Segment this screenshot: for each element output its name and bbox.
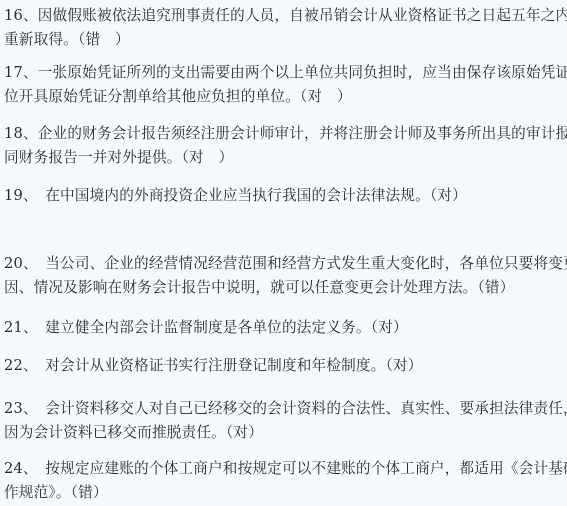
question-24-line-1: 24、 按规定应建账的个体工商户和按规定可以不建账的个体工商户，都适用《会计基础… (4, 457, 562, 481)
question-19-line-1: 19、 在中国境内的外商投资企业应当执行我国的会计法律法规。（对） (4, 184, 562, 208)
question-18-line-2: 同财务报告一并对外提供。（对 ） (4, 146, 562, 170)
question-16: 16、因做假账被依法追究刑事责任的人员，自被吊销会计从业资格证书之日起五年之内不… (4, 4, 562, 52)
question-17-line-2: 位开具原始凭证分割单给其他应负担的单位。（对 ） (4, 85, 562, 109)
question-23-line-2: 因为会计资料已移交而推脱责任。（对） (4, 421, 562, 445)
question-21-line-1: 21、 建立健全内部会计监督制度是各单位的法定义务。（对） (4, 316, 562, 340)
question-20-line-1: 20、 当公司、企业的经营情况经营范围和经营方式发生重大变化时，各单位只要将变更… (4, 252, 562, 276)
question-24: 24、 按规定应建账的个体工商户和按规定可以不建账的个体工商户，都适用《会计基础… (4, 457, 562, 505)
question-18: 18、企业的财务会计报告须经注册会计师审计，并将注册会计师及事务所出具的审计报告… (4, 122, 562, 170)
question-19: 19、 在中国境内的外商投资企业应当执行我国的会计法律法规。（对） (4, 184, 562, 208)
question-23: 23、 会计资料移交人对自己已经移交的会计资料的合法性、真实性、要承担法律责任，… (4, 397, 562, 445)
question-17: 17、一张原始凭证所列的支出需要由两个以上单位共同负担时，应当由保存该原始凭证的… (4, 61, 562, 109)
question-23-line-1: 23、 会计资料移交人对自己已经移交的会计资料的合法性、真实性、要承担法律责任，… (4, 397, 562, 421)
question-21: 21、 建立健全内部会计监督制度是各单位的法定义务。（对） (4, 316, 562, 340)
question-24-line-2: 作规范》。（错） (4, 481, 562, 505)
question-20: 20、 当公司、企业的经营情况经营范围和经营方式发生重大变化时，各单位只要将变更… (4, 252, 562, 300)
document-page: 16、因做假账被依法追究刑事责任的人员，自被吊销会计从业资格证书之日起五年之内不… (0, 0, 567, 506)
question-17-line-1: 17、一张原始凭证所列的支出需要由两个以上单位共同负担时，应当由保存该原始凭证的… (4, 61, 562, 85)
question-22-line-1: 22、 对会计从业资格证书实行注册登记制度和年检制度。（对） (4, 354, 562, 378)
question-16-line-2: 重新取得。（错 ） (4, 28, 562, 52)
question-20-line-2: 因、情况及影响在财务会计报告中说明，就可以任意变更会计处理方法。（错） (4, 276, 562, 300)
question-16-line-1: 16、因做假账被依法追究刑事责任的人员，自被吊销会计从业资格证书之日起五年之内不… (4, 4, 562, 28)
question-22: 22、 对会计从业资格证书实行注册登记制度和年检制度。（对） (4, 354, 562, 378)
question-18-line-1: 18、企业的财务会计报告须经注册会计师审计，并将注册会计师及事务所出具的审计报告… (4, 122, 562, 146)
